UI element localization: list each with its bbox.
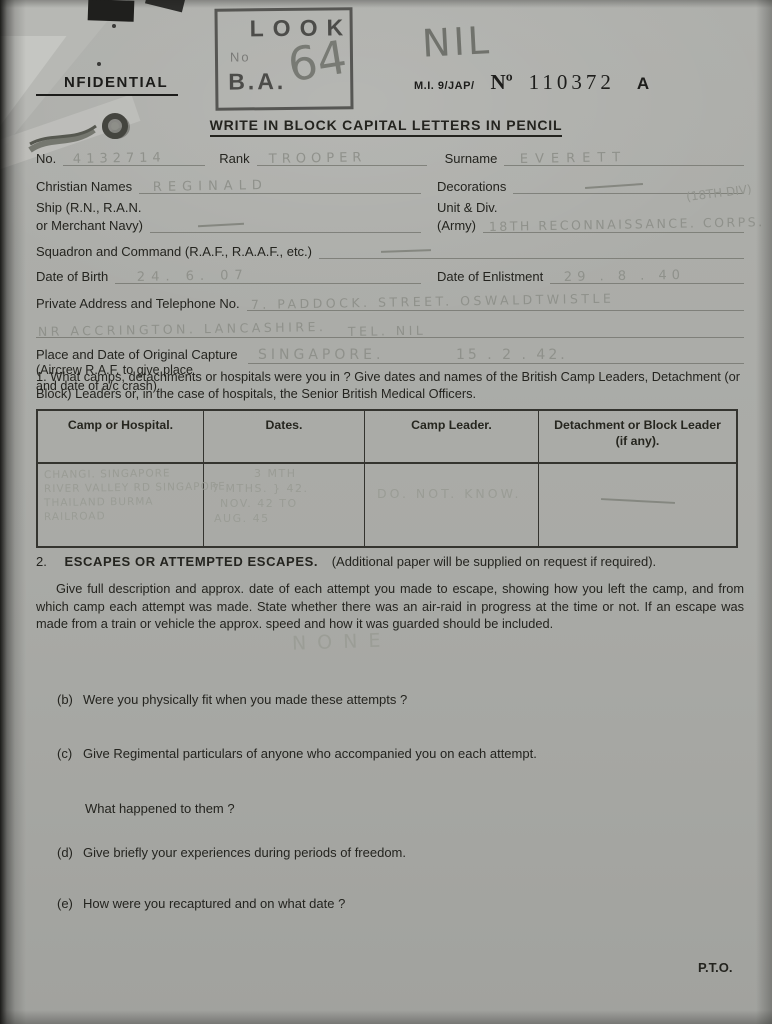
form-title-text: WRITE IN BLOCK CAPITAL LETTERS IN PENCIL [210,117,563,137]
dob-field: 24. 6. 07 [115,266,421,284]
dark-edge-tab [88,0,135,22]
capture-label: Place and Date of Original Capture [36,347,744,362]
christian-names-label: Christian Names [36,179,139,194]
address-field-line1: 7. PADDOCK. STREET. OSWALDTWISTLE [247,293,744,311]
cell-dates: 3 MTH 7 MTHS. } 42. NOV. 42 TO AUG. 45 [204,464,365,546]
unit-label-line2: (Army) [437,218,483,233]
col-header-leader: Camp Leader. [365,411,539,462]
capture-field [248,363,744,364]
enlistment-group: Date of Enlistment 29 . 8 . 40 [437,266,744,284]
capture-date-value: 15 . 2 . 42. [456,347,568,363]
dark-edge-mark [145,0,185,12]
page-turn-over-note: P.T.O. [698,960,732,975]
pencil-dash-mark [198,223,244,227]
no-label: No. [36,151,63,166]
cell-camp: CHANGI. SINGAPORE RIVER VALLEY RD SINGAP… [38,464,204,546]
form-title: WRITE IN BLOCK CAPITAL LETTERS IN PENCIL [0,117,772,135]
christian-names-group: Christian Names REGINALD [36,176,421,194]
section-2-heading: 2. ESCAPES OR ATTEMPTED ESCAPES. (Additi… [36,554,744,569]
section-2-note: (Additional paper will be supplied on re… [332,554,656,569]
question-2c-followup: What happened to them ? [85,801,235,816]
no-value: 4132714 [73,150,166,167]
question-2b-text: Were you physically fit when you made th… [83,692,407,707]
ref-letter: A [637,74,649,94]
camps-table: Camp or Hospital. Dates. Camp Leader. De… [36,409,738,548]
rank-label: Rank [219,151,256,166]
cell-camp-leader: DO. NOT. KNOW. [365,464,539,546]
camp-leader-value: DO. NOT. KNOW. [377,486,538,501]
question-2d-text: Give briefly your experiences during per… [83,845,406,860]
question-2c: (c) Give Regimental particulars of anyon… [57,746,537,761]
question-1-text: 1. What camps, detachments or hospitals … [36,369,740,403]
address-label: Private Address and Telephone No. [36,296,247,311]
enlistment-label: Date of Enlistment [437,269,550,284]
cell-detachment-leader [539,464,736,546]
rank-field: TROOPER [257,148,427,166]
no-field: 4132714 [63,148,205,166]
address-value-line1: 7. PADDOCK. STREET. OSWALDTWISTLE [250,291,614,312]
address-value-line2: NR ACCRINGTON. LANCASHIRE. [38,319,327,339]
ink-speck [112,24,116,28]
question-2d-label: (d) [57,845,83,860]
squadron-label: Squadron and Command (R.A.F., R.A.A.F., … [36,244,319,259]
dob-group: Date of Birth 24. 6. 07 [36,266,421,284]
row-address: Private Address and Telephone No. 7. PAD… [36,293,744,311]
handwritten-nil-note: NIL [421,18,493,66]
question-2c-text: Give Regimental particulars of anyone wh… [83,746,537,761]
col-header-camp: Camp or Hospital. [38,411,204,462]
col-header-dates: Dates. [204,411,365,462]
camp-entry-line: RAILROAD [44,508,203,524]
question-2b: (b) Were you physically fit when you mad… [57,692,407,707]
pow-questionnaire-scanned-page: NFIDENTIAL LOOK No B.A. 64 NIL M.I. 9/JA… [0,0,772,1024]
surname-value: EVERETT [520,150,627,167]
christian-names-field: REGINALD [139,176,421,194]
ink-speck [97,62,101,66]
unit-line2: (Army) 18TH RECONNAISSANCE. CORPS. [437,215,744,233]
unit-group: (18TH DIV) Unit & Div. (Army) 18TH RECON… [437,200,744,233]
question-2e-text: How were you recaptured and on what date… [83,896,345,911]
question-2e: (e) How were you recaptured and on what … [57,896,345,911]
ref-no-symbol: Nº [491,70,513,95]
ship-group: Ship (R.N., R.A.N. or Merchant Navy) [36,200,421,233]
unit-field: 18TH RECONNAISSANCE. CORPS. [483,215,744,233]
personal-details-section: No. 4132714 Rank TROOPER Surname EVERETT… [36,148,744,405]
question-2c-label: (c) [57,746,83,761]
question-2a-text: Give full description and approx. date o… [36,580,744,633]
row-ship-unit: Ship (R.N., R.A.N. or Merchant Navy) (18… [36,200,744,233]
surname-field: EVERETT [504,148,744,166]
surname-label: Surname [445,151,505,166]
handwritten-stamp-number: 64 [284,30,350,92]
confidential-marking: NFIDENTIAL [36,74,178,96]
row-no-rank-surname: No. 4132714 Rank TROOPER Surname EVERETT [36,148,744,166]
ref-number: 110372 [529,70,615,95]
section-2-title: ESCAPES OR ATTEMPTED ESCAPES. [64,554,318,569]
scan-edge-right [756,0,772,1024]
col-header-detachment: Detachment or Block Leader (if any). [539,411,736,462]
question-2d: (d) Give briefly your experiences during… [57,845,406,860]
pencil-dash-mark [381,249,431,253]
dates-entry-line: AUG. 45 [214,511,364,526]
question-2e-label: (e) [57,896,83,911]
dates-entry-line: NOV. 42 TO [220,496,364,511]
camps-table-header: Camp or Hospital. Dates. Camp Leader. De… [38,411,736,464]
enlistment-value: 29 . 8 . 40 [564,268,685,285]
ref-prefix: M.I. 9/JAP/ [414,80,475,92]
unit-value: 18TH RECONNAISSANCE. CORPS. [489,214,765,234]
answer-none: NONE [292,629,392,654]
scan-edge-bottom [0,1010,772,1024]
capture-place-value: SINGAPORE. [258,347,384,363]
file-reference: M.I. 9/JAP/ Nº 110372 A [414,70,649,95]
pencil-dash-mark [585,183,643,189]
ship-label-line1: Ship (R.N., R.A.N. [36,200,421,215]
dob-value: 24. 6. 07 [137,268,249,285]
pencil-dash-mark [600,498,674,504]
address-tel-value: TEL. NIL [348,323,427,339]
dob-label: Date of Birth [36,269,115,284]
dates-entry-line: 3 MTH [254,466,364,481]
ship-field [150,215,421,233]
section-2-number: 2. [36,554,47,569]
dates-entry-line: 7 MTHS. } 42. [212,481,364,496]
row-dates: Date of Birth 24. 6. 07 Date of Enlistme… [36,266,744,284]
christian-names-value: REGINALD [153,178,268,195]
ship-label-line2: or Merchant Navy) [36,218,150,233]
camps-table-row: CHANGI. SINGAPORE RIVER VALLEY RD SINGAP… [38,464,736,546]
section-2-escapes: 2. ESCAPES OR ATTEMPTED ESCAPES. (Additi… [36,554,744,633]
squadron-field [319,241,744,259]
enlistment-field: 29 . 8 . 40 [550,266,744,284]
decorations-label: Decorations [437,179,513,194]
ship-line2: or Merchant Navy) [36,215,421,233]
row-christian-decorations: Christian Names REGINALD Decorations [36,176,744,194]
row-squadron: Squadron and Command (R.A.F., R.A.A.F., … [36,241,744,259]
address-field-line2: NR ACCRINGTON. LANCASHIRE. TEL. NIL [36,319,744,338]
question-2b-label: (b) [57,692,83,707]
rank-value: TROOPER [268,150,366,167]
